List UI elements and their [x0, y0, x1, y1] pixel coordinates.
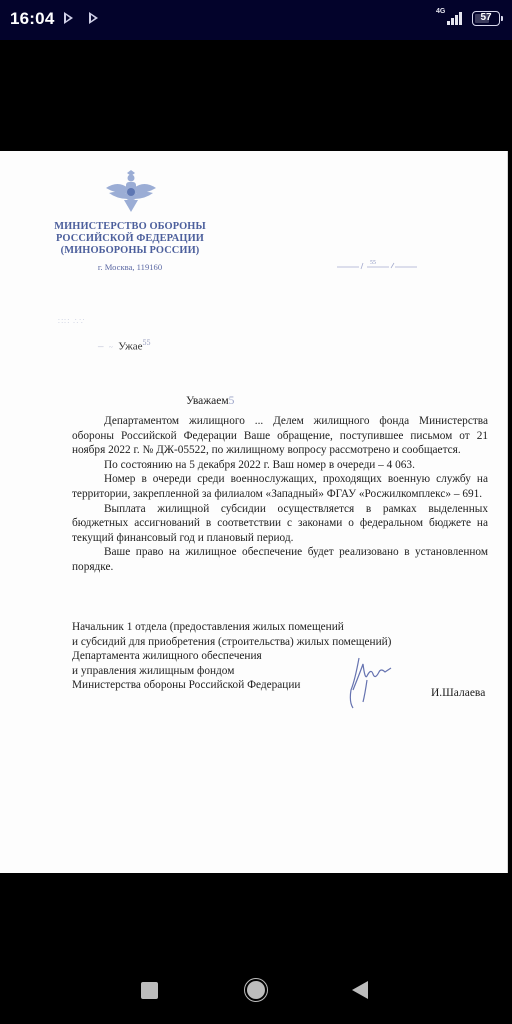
double-headed-eagle-emblem-icon: [104, 168, 158, 214]
battery-icon: 57: [472, 11, 500, 26]
handwritten-signature: [345, 650, 395, 712]
greeting: Уважаем5: [186, 395, 234, 407]
svg-text:55: 55: [370, 260, 376, 266]
paragraph: Ваше право на жилищное обеспечение будет…: [72, 545, 488, 574]
addressee: – ~ Ужае55: [98, 338, 150, 353]
paragraph: Выплата жилищной субсидии осуществляется…: [72, 502, 488, 546]
faint-marks: ∷∷ ∴∵: [58, 317, 85, 326]
recents-button[interactable]: [141, 982, 158, 999]
ministry-address: г. Москва, 119160: [48, 262, 212, 272]
signature-title: Начальник 1 отдела (предоставления жилых…: [72, 620, 391, 693]
registration-stamp: 55: [337, 258, 437, 272]
signer-name: И.Шалаева: [431, 687, 485, 699]
signal-icon: [445, 11, 463, 25]
image-edge: [507, 151, 512, 873]
letter-body: Департаментом жилищного ... Делем жилищн…: [72, 414, 488, 575]
paragraph: Номер в очереди среди военнослужащих, пр…: [72, 472, 488, 501]
paragraph: Департаментом жилищного ... Делем жилищн…: [72, 414, 488, 458]
play-store-icon: [64, 12, 73, 24]
clock: 16:04: [10, 9, 54, 29]
home-button[interactable]: [244, 978, 268, 1002]
status-bar: 16:04 4G 57: [0, 0, 512, 40]
ministry-name: МИНИСТЕРСТВО ОБОРОНЫ РОССИЙСКОЙ ФЕДЕРАЦИ…: [48, 221, 212, 257]
back-button[interactable]: [352, 981, 368, 999]
battery-level: 57: [480, 12, 491, 23]
play-store-icon: [89, 12, 98, 24]
paragraph: По состоянию на 5 декабря 2022 г. Ваш но…: [72, 458, 488, 473]
network-type: 4G: [436, 8, 445, 15]
